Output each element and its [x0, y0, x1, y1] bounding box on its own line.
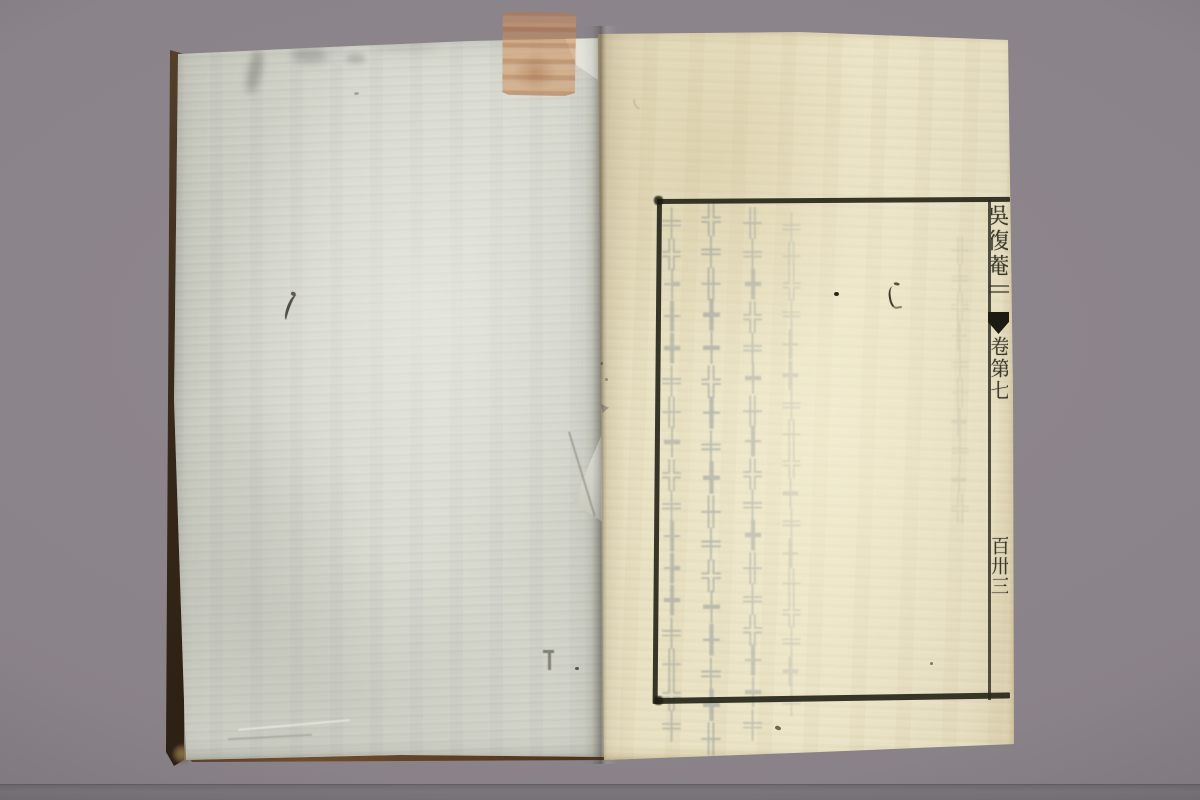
banxin-tick-line — [989, 291, 1009, 293]
right-page-printed-leaf: ╪╬┽╂╋╪╫┿╬╪╂╉╋╪╫╬╪╬╪╫╋┿╬╂╪╋╫╪╬┿╂╪╋╫╫╪╋╬╪┿… — [598, 28, 1017, 762]
ink-smudge — [346, 54, 365, 63]
printed-frame-top-border — [657, 197, 1010, 204]
ink-mark-curve — [283, 293, 301, 321]
ink-fleck — [354, 92, 359, 95]
paper-crease — [238, 719, 350, 731]
banxin-leaf-number: 百卅三 — [991, 536, 1008, 606]
left-page-blank-verso — [170, 36, 606, 762]
ink-smudge — [375, 42, 439, 49]
banxin-title-chars: 吳復菴 — [991, 204, 1008, 288]
banxin-tick-line — [989, 285, 1009, 287]
bleedthrough-column: ╫╪╬╂╪╫╋╪┿╬ — [948, 238, 973, 524]
bleedthrough-column: ╪╫╬╪╂╋╪╫╬┿╪╂╫╬╪╋╪ — [779, 214, 805, 717]
fishtail-printers-mark — [988, 312, 1009, 334]
bleedthrough-column: ╫╪╋╬╪┿╫╂╬╪╋╫╪╬╂┿╪ — [739, 208, 766, 741]
ink-mark-triangle — [601, 404, 609, 413]
frame-corner-ink-blotch — [654, 196, 663, 205]
bleedthrough-column: ╪╬┽╂╋╪╫┿╬╪╂╉╋╪╫╬╪ — [658, 208, 685, 742]
bleedthrough-column: ╬╪╫╋┿╬╂╪╋╫╪╬┿╂╪╋╫ — [697, 204, 725, 755]
photo-open-book: ╪╬┽╂╋╪╫┿╬╪╂╉╋╪╫╬╪╬╪╫╋┿╬╂╪╋╫╪╬┿╂╪╋╫╫╪╋╬╪┿… — [0, 0, 1200, 800]
ink-smudge — [292, 48, 328, 63]
ink-smudge — [244, 49, 266, 95]
ink-mark-hook — [887, 285, 902, 310]
banxin-volume-chars: 卷第七 — [991, 336, 1008, 410]
ink-mark-t — [542, 648, 557, 672]
ink-speck — [930, 662, 933, 665]
table-edge-shadow — [0, 784, 1200, 800]
paper-curl-mark — [631, 92, 650, 112]
paper-crease — [228, 734, 312, 740]
frame-corner-ink-blotch — [654, 696, 663, 705]
ink-dot — [575, 667, 579, 670]
ink-speck — [605, 378, 608, 381]
ink-dot — [834, 292, 839, 296]
ink-fleck — [774, 725, 781, 731]
tape-repair — [502, 12, 577, 97]
